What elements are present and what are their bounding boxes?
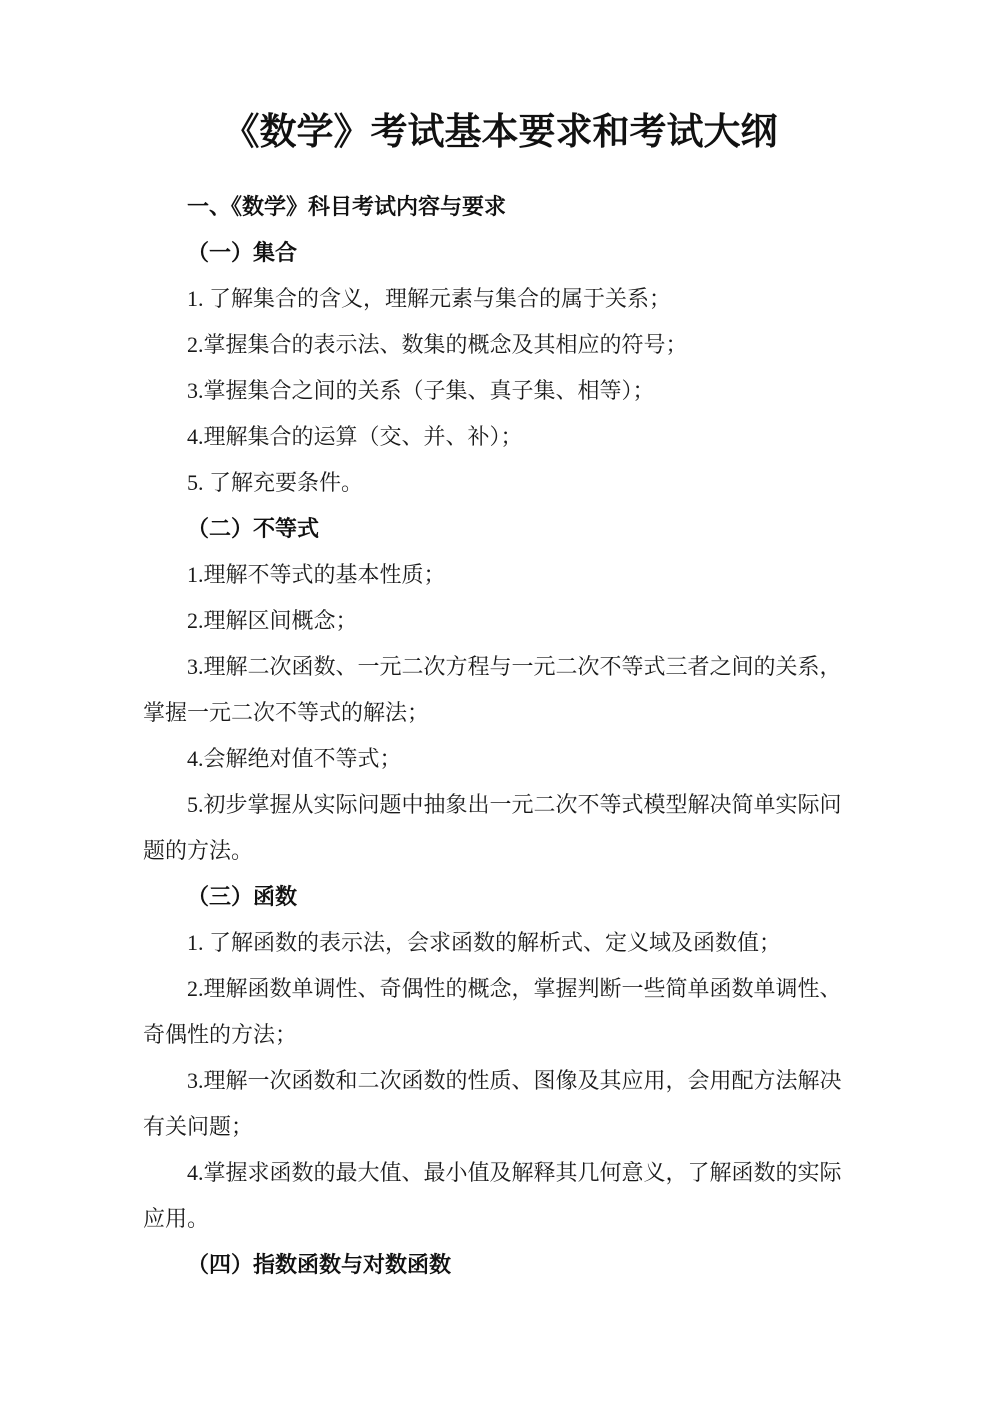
subsection-heading-exp-log-functions: （四）指数函数与对数函数: [143, 1242, 853, 1288]
list-item: 1.理解不等式的基本性质；: [143, 552, 853, 598]
document-title: 《数学》考试基本要求和考试大纲: [0, 0, 1000, 160]
list-item: 5.初步掌握从实际问题中抽象出一元二次不等式模型解决简单实际问题的方法。: [143, 782, 853, 874]
list-item: 2.理解区间概念；: [143, 598, 853, 644]
subsection-heading-sets: （一）集合: [143, 230, 853, 276]
document-body: 一、《数学》科目考试内容与要求 （一）集合 1. 了解集合的含义，理解元素与集合…: [143, 184, 853, 1288]
subsection-heading-functions: （三）函数: [143, 874, 853, 920]
section-heading: 一、《数学》科目考试内容与要求: [143, 184, 853, 230]
list-item: 2.掌握集合的表示法、数集的概念及其相应的符号；: [143, 322, 853, 368]
list-item: 4.理解集合的运算（交、并、补）；: [143, 414, 853, 460]
list-item: 5. 了解充要条件。: [143, 460, 853, 506]
list-item: 1. 了解集合的含义，理解元素与集合的属于关系；: [143, 276, 853, 322]
list-item: 4.掌握求函数的最大值、最小值及解释其几何意义，了解函数的实际应用。: [143, 1150, 853, 1242]
subsection-heading-inequalities: （二）不等式: [143, 506, 853, 552]
list-item: 3.理解二次函数、一元二次方程与一元二次不等式三者之间的关系，掌握一元二次不等式…: [143, 644, 853, 736]
list-item: 1. 了解函数的表示法，会求函数的解析式、定义域及函数值；: [143, 920, 853, 966]
list-item: 4.会解绝对值不等式；: [143, 736, 853, 782]
document-page: 《数学》考试基本要求和考试大纲 一、《数学》科目考试内容与要求 （一）集合 1.…: [0, 0, 1000, 1414]
list-item: 3.掌握集合之间的关系（子集、真子集、相等）；: [143, 368, 853, 414]
list-item: 3.理解一次函数和二次函数的性质、图像及其应用，会用配方法解决有关问题；: [143, 1058, 853, 1150]
list-item: 2.理解函数单调性、奇偶性的概念，掌握判断一些简单函数单调性、奇偶性的方法；: [143, 966, 853, 1058]
